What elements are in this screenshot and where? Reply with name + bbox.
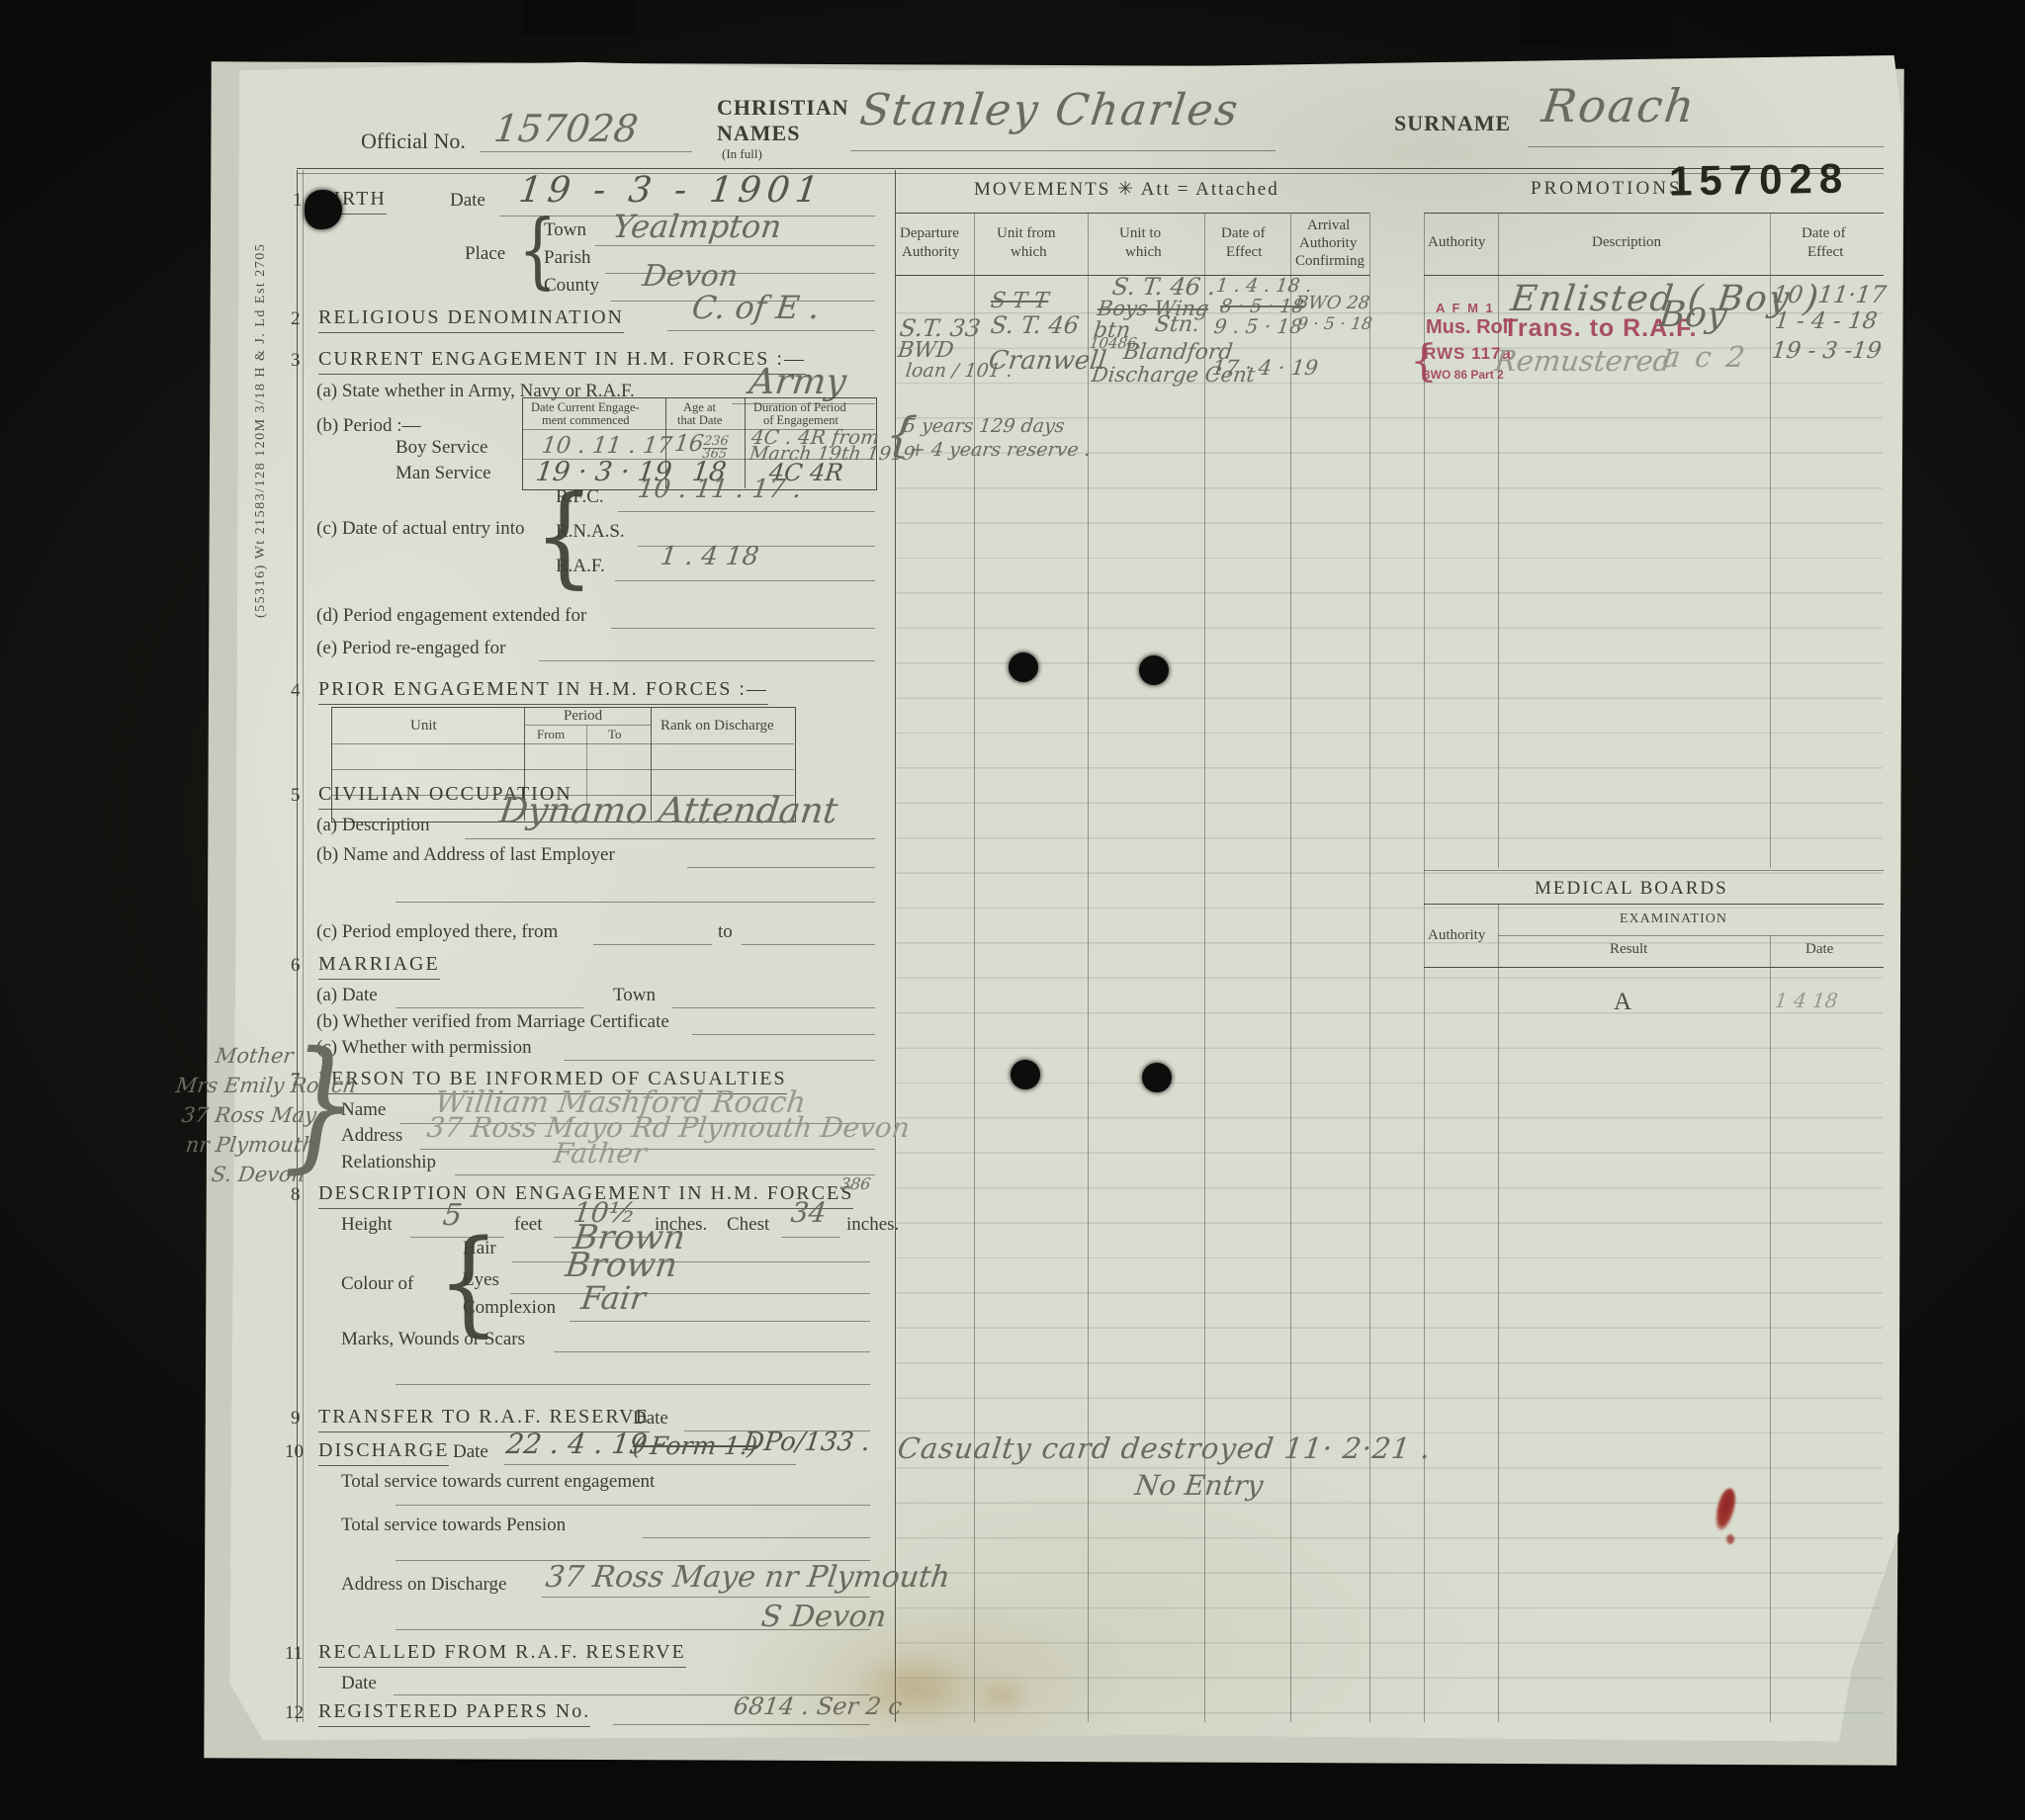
official-no-line: [480, 151, 692, 152]
s3-a-value: Army: [747, 362, 848, 402]
s2-line: [667, 330, 875, 331]
s10-total-pension-label: Total service towards Pension: [341, 1515, 566, 1536]
s8-feet-label: feet: [514, 1214, 542, 1236]
movement-r2-date: 9 . 5 · 18: [1213, 314, 1304, 338]
s3-rnas-label: R.N.A.S.: [556, 521, 625, 543]
s10-date-line: [504, 1464, 796, 1465]
s1-town-value: Yealmpton: [611, 208, 784, 245]
movement-r2-unit-to2: Stn.: [1153, 312, 1200, 337]
promotion-r1-date: 10 ·11·17: [1771, 281, 1888, 308]
medical-divider-date: [1770, 935, 1771, 1722]
service-number-stamp: 157028: [1669, 154, 1850, 205]
s4-period-header: Period: [564, 708, 602, 725]
s5-c-label: (c) Period employed there, from: [316, 921, 558, 943]
s10-form-value: ( Form 1.): [631, 1431, 759, 1460]
s10-title: DISCHARGE: [318, 1439, 449, 1466]
s5-c-line1: [593, 944, 712, 945]
photographed-record-card: (55316) Wt 21583/128 120M 3/18 H & J. Ld…: [0, 0, 2025, 1820]
s2-title: RELIGIOUS DENOMINATION: [318, 306, 624, 333]
movements-title: MOVEMENTS ✳ Att = Attached: [974, 178, 1279, 204]
s3-c-label: (c) Date of actual entry into: [316, 518, 524, 540]
movement-r2-arrival: BWO 28: [1294, 293, 1371, 313]
movements-col5-header3: Confirming: [1295, 253, 1365, 270]
s10-num: 10: [285, 1441, 304, 1463]
s3-b-label: (b) Period :—: [316, 415, 421, 437]
s10-address-value1: 37 Ross Maye nr Plymouth: [544, 1560, 952, 1595]
s3-rfc-value: 10 . 11 . 17 .: [636, 475, 803, 504]
s8-marks-line2: [396, 1384, 870, 1385]
movements-col5-header2: Authority: [1299, 235, 1357, 252]
s12-line: [613, 1724, 870, 1725]
s3-col1-header2: ment commenced: [542, 413, 630, 428]
s8-complexion-value: Fair: [579, 1279, 648, 1317]
casualty-note-line1: Casualty card destroyed 11· 2·21 .: [896, 1431, 1433, 1465]
christian-names-value: Stanley Charles: [857, 85, 1243, 135]
s3-raf-label: R.A.F.: [556, 556, 605, 577]
movement-r2-arrival2: 9 · 5 · 18: [1296, 314, 1373, 334]
movements-divider: [1088, 213, 1089, 1722]
s5-a-label: (a) Description: [316, 815, 429, 836]
s6-num: 6: [291, 955, 301, 977]
medical-authority-header: Authority: [1428, 927, 1485, 944]
s6-title: MARRIAGE: [318, 953, 440, 980]
s10-total-current-line: [396, 1505, 870, 1506]
s4-unit-header: Unit: [410, 718, 437, 735]
casualty-note-line2: No Entry: [1133, 1469, 1265, 1502]
promotion-r2-boy-note: Boy: [1656, 295, 1729, 335]
promotions-title: PROMOTIONS: [1531, 178, 1683, 203]
s3-boy-age-whole: 16: [673, 431, 705, 457]
s3-note-line2: + 4 years reserve .: [909, 439, 1092, 461]
s8-height-label: Height: [341, 1214, 393, 1236]
s10-date-value: 22 . 4 . 19: [504, 1428, 650, 1460]
s6-b-label: (b) Whether verified from Marriage Certi…: [316, 1011, 669, 1033]
promotion-r3-description2: a c 2: [1661, 340, 1750, 374]
promotions-header-bottom: [1424, 275, 1884, 276]
surname-value: Roach: [1540, 79, 1700, 132]
header-rule: [297, 168, 1884, 169]
s4-row-rule: [331, 769, 794, 770]
s4-title: PRIOR ENGAGEMENT IN H.M. FORCES :—: [318, 678, 768, 705]
christian-names-label: CHRISTIAN: [717, 95, 849, 121]
backdrop-strip: [522, 0, 636, 36]
s4-period-underline: [524, 725, 651, 726]
s8-colour-label: Colour of: [341, 1273, 413, 1295]
s5-a-line: [465, 838, 875, 839]
s10-address-value2: S Devon: [759, 1600, 889, 1634]
margin-rule2: [303, 170, 304, 1722]
s3-num: 3: [291, 350, 301, 372]
backdrop-strip: [47, 0, 134, 30]
s8-eyes-line: [510, 1293, 870, 1294]
punch-hole: [1142, 1063, 1172, 1092]
medical-r1-result: A: [1614, 989, 1631, 1016]
promotions-header-top: [1424, 213, 1884, 214]
s9-num: 9: [291, 1408, 301, 1430]
s3-raf-line: [615, 580, 875, 581]
s2-value: C. of E .: [690, 289, 822, 326]
s1-parish-label: Parish: [544, 247, 591, 269]
promotions-col3-header: Date of: [1802, 225, 1846, 242]
s1-date-value: 19 - 3 - 1901: [516, 170, 826, 211]
s1-num: 1: [293, 190, 303, 212]
promotions-col1-header: Authority: [1428, 234, 1485, 251]
s8-chest-line: [781, 1237, 840, 1238]
s10-ref-value: DPo/133 .: [742, 1428, 872, 1457]
s7-rel-line: [455, 1174, 875, 1175]
promotion-r3-authority-stamp2: BWO 86 Part 2: [1422, 368, 1504, 382]
s8-eyes-label: Eyes: [463, 1269, 499, 1291]
movements-col1-header: Departure: [900, 225, 959, 242]
s5-b-label: (b) Name and Address of last Employer: [316, 844, 615, 866]
medical-exam-rule: [1498, 935, 1884, 936]
s3-raf-value: 1 . 4 18: [659, 542, 760, 571]
s10-date-label: Date: [453, 1441, 488, 1463]
s7-rel-value: Father: [552, 1137, 649, 1170]
promotions-divider: [1498, 213, 1499, 868]
red-wax-stain-dot: [1726, 1534, 1734, 1544]
s4-to-header: To: [608, 727, 622, 742]
promotions-col2-header: Description: [1592, 234, 1661, 251]
s3-e-label: (e) Period re-engaged for: [316, 638, 505, 659]
medical-header-bottom: [1424, 967, 1884, 968]
s12-num: 12: [285, 1702, 304, 1724]
s6-b-line: [692, 1034, 875, 1035]
medical-date-header: Date: [1805, 941, 1833, 958]
s1-place-label: Place: [465, 243, 505, 265]
s5-a-value: Dynamo Attendant: [496, 791, 839, 831]
s8-chest-value: 34: [789, 1196, 829, 1229]
s8-marks-line: [554, 1351, 870, 1352]
medical-title: MEDICAL BOARDS: [1535, 878, 1728, 903]
movement-r1-unit-from: S T T: [989, 289, 1049, 313]
surname-label: SURNAME: [1394, 111, 1511, 136]
official-no-value: 157028: [491, 107, 640, 150]
s5-to-label: to: [718, 921, 733, 943]
s7-address-value: 37 Ross Mayo Rd Plymouth Devon: [425, 1111, 912, 1144]
margin-rule: [297, 170, 298, 1722]
s4-from-header: From: [537, 727, 565, 742]
movements-col1-header2: Authority: [902, 244, 959, 261]
medical-r1-date: 1 4 18: [1774, 989, 1840, 1012]
s6-town-line: [672, 1007, 875, 1008]
movements-col4-header: Date of: [1221, 225, 1266, 242]
s8-complexion-line: [570, 1321, 870, 1322]
punch-hole: [1009, 652, 1038, 682]
s3-boy-date: 10 . 11 . 17: [540, 433, 673, 459]
s3-boy-label: Boy Service: [396, 437, 487, 459]
s6-c-line: [564, 1060, 875, 1061]
promotion-r2-date: 1 - 4 - 18: [1773, 308, 1879, 334]
s5-b-line2: [396, 902, 875, 903]
movements-divider: [1290, 213, 1291, 1722]
promotions-col3-header2: Effect: [1807, 244, 1843, 261]
s8-complexion-label: Complexion: [463, 1297, 556, 1319]
movements-col2-header2: which: [1011, 244, 1047, 261]
s5-num: 5: [291, 785, 301, 807]
christian-names-line: [850, 150, 1276, 151]
left-column-boundary: [895, 170, 896, 1722]
promotion-r2-authority-stamp2: Mus. Roll: [1426, 316, 1514, 339]
s8-marks-label: Marks, Wounds or Scars: [341, 1329, 525, 1350]
promotion-r3-description: Remustered: [1493, 344, 1674, 378]
margin-note-brace: }: [283, 1022, 358, 1187]
s11-num: 11: [285, 1643, 303, 1665]
medical-table-top: [1424, 904, 1884, 905]
s11-title: RECALLED FROM R.A.F. RESERVE: [318, 1641, 686, 1668]
s4-header-rule: [331, 743, 794, 744]
s9-date-label: Date: [633, 1408, 668, 1430]
official-no-label: Official No.: [361, 129, 466, 154]
s11-date-label: Date: [341, 1673, 377, 1694]
movements-col3-header: Unit to: [1119, 225, 1161, 242]
s8-hair-label: Hair: [463, 1238, 496, 1259]
s10-total-current-label: Total service towards current engagement: [341, 1471, 655, 1493]
s1-date-label: Date: [450, 190, 485, 212]
punch-hole: [1139, 655, 1169, 685]
s8-num: 8: [291, 1184, 301, 1206]
movement-r3-date: 17 · 4 · 19: [1211, 356, 1320, 380]
promotion-r2-authority-stamp: A F M 1: [1436, 301, 1495, 315]
s4-num: 4: [291, 680, 301, 702]
s8-chest-inches-label: inches.: [846, 1214, 899, 1236]
movements-col3-header2: which: [1125, 244, 1162, 261]
movement-r2-unit-from: S. T. 46: [989, 311, 1081, 339]
s10-address-line: [542, 1597, 870, 1598]
movements-right-edge: [1369, 213, 1370, 1722]
s12-title: REGISTERED PAPERS No.: [318, 1700, 590, 1727]
surname-line: [1528, 146, 1884, 147]
christian-names-label2: NAMES: [717, 121, 800, 146]
s2-num: 2: [291, 308, 301, 330]
s7-address-line: [420, 1149, 875, 1150]
s4-rank-header: Rank on Discharge: [660, 718, 774, 735]
movements-divider: [974, 213, 975, 1722]
medical-result-header: Result: [1610, 941, 1647, 958]
movements-header-top: [895, 213, 1369, 214]
s1-county-label: County: [544, 275, 599, 297]
s6-a-label: (a) Date: [316, 985, 378, 1006]
s3-d-line: [611, 628, 875, 629]
s3-e-line: [539, 660, 875, 661]
s3-man-label: Man Service: [396, 463, 491, 484]
s3-note-line1: 5 years 129 days: [903, 415, 1066, 437]
s8-chest-label: Chest: [727, 1214, 769, 1236]
s10-address-label: Address on Discharge: [341, 1574, 506, 1596]
foxing-stain: [969, 1673, 1034, 1718]
medical-divider: [1498, 904, 1499, 1722]
backdrop-strip: [1519, 0, 1669, 46]
movements-col5-header: Arrival: [1307, 217, 1350, 234]
promotion-r3-date: 19 - 3 -19: [1770, 338, 1883, 364]
medical-exam-header: EXAMINATION: [1620, 911, 1727, 927]
s10-total-pension-line: [643, 1537, 870, 1538]
foxing-stain: [848, 1649, 977, 1726]
s6-a-line: [396, 1007, 583, 1008]
punch-hole: [1011, 1060, 1040, 1089]
s3-title: CURRENT ENGAGEMENT IN H.M. FORCES :—: [318, 348, 806, 375]
s3-rfc-line: [618, 511, 875, 512]
movements-col4-header2: Effect: [1226, 244, 1262, 261]
s3-d-label: (d) Period engagement extended for: [316, 605, 586, 627]
s6-town-label: Town: [613, 985, 656, 1006]
s8-note-386: 386: [839, 1174, 872, 1193]
s5-b-line: [687, 867, 875, 868]
movements-col2-header: Unit from: [997, 225, 1056, 242]
s3-rfc-label: R.F.C.: [556, 486, 604, 508]
printer-imprint: (55316) Wt 21583/128 120M 3/18 H & J. Ld…: [253, 243, 269, 618]
s1-town-line: [595, 245, 875, 246]
medical-top-rule: [1424, 870, 1884, 871]
s3-col2-header2: that Date: [677, 413, 722, 428]
in-full-label: (In full): [722, 146, 762, 162]
s1-town-label: Town: [544, 219, 586, 241]
s5-c-line2: [742, 944, 875, 945]
